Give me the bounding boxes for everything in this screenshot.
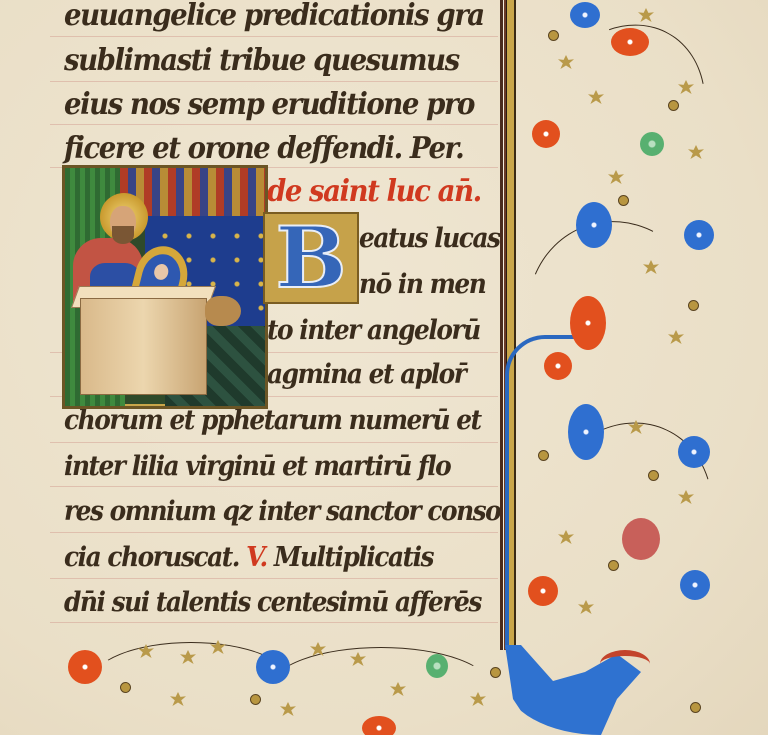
ruling-line (50, 442, 498, 443)
gold-berry-icon (608, 560, 619, 571)
gold-berry-icon (690, 702, 701, 713)
text-line: ficere et orone deffendi. Per. (64, 129, 463, 169)
red-flower-icon (68, 650, 102, 684)
blue-flower-icon (576, 202, 612, 248)
text-line: dn̄i sui talentis centesimū afferēs (64, 583, 481, 623)
gold-berry-icon (618, 195, 629, 206)
floral-border-right (518, 0, 718, 735)
blue-flower-icon (680, 570, 710, 600)
miniature-saint-luke (62, 165, 268, 409)
text-line: eius nos semp eruditione pro (64, 85, 474, 125)
manuscript-page: euuangelice predicationis gra sublimasti… (0, 0, 768, 735)
gold-berry-icon (538, 450, 549, 461)
initial-letter: B (276, 216, 347, 300)
text-line: sublimasti tribue quesumus (64, 41, 459, 81)
blue-flower-icon (684, 220, 714, 250)
red-flower-icon (611, 28, 649, 56)
saint-beard (112, 226, 134, 244)
blue-flower-icon (568, 404, 604, 460)
text-line: to inter angelorū (267, 311, 480, 351)
blue-flower-icon (256, 650, 290, 684)
red-flower-icon (528, 576, 558, 606)
text-segment: Multiplicatis (267, 542, 433, 573)
gold-berry-icon (250, 694, 261, 705)
gold-berry-icon (490, 667, 501, 678)
red-flower-icon (544, 352, 572, 380)
illuminated-initial: B (263, 212, 359, 304)
lectern-desk (80, 298, 207, 395)
red-flower-icon (532, 120, 560, 148)
red-acanthus-curl (600, 650, 650, 678)
ruling-line (50, 532, 498, 533)
gold-berry-icon (668, 100, 679, 111)
gold-berry-icon (548, 30, 559, 41)
versicle-mark: V. (246, 542, 267, 573)
blue-flower-icon (678, 436, 710, 468)
ruling-line (50, 81, 498, 82)
text-line: eatus lucas (359, 219, 500, 259)
ruling-line (50, 36, 498, 37)
text-line: res omnium qz inter sanctor conso (64, 492, 500, 532)
vine (503, 393, 744, 649)
gold-berry-icon (688, 300, 699, 311)
gold-berry-icon (120, 682, 131, 693)
red-flower-icon (362, 716, 396, 735)
red-flower-icon (570, 296, 606, 350)
ox (205, 296, 241, 326)
gold-leaf-icon (638, 8, 654, 22)
text-segment: cia choruscat. (64, 542, 246, 573)
blue-flower-icon (570, 2, 600, 28)
pink-flower-icon (622, 518, 660, 560)
text-line: cia choruscat. V. Multiplicatis (64, 538, 433, 578)
green-bud-icon (426, 654, 448, 678)
ruling-line (50, 578, 498, 579)
text-line: agmina et aplor̄ (267, 355, 465, 395)
text-line: euuangelice predicationis gra (64, 0, 484, 36)
rubric-line: de saint luc an̄. (267, 172, 481, 212)
text-line: nō in men (359, 265, 485, 305)
gold-berry-icon (648, 470, 659, 481)
green-bud-icon (640, 132, 664, 156)
text-line: inter lilia virginū et martirū flo (64, 447, 450, 487)
